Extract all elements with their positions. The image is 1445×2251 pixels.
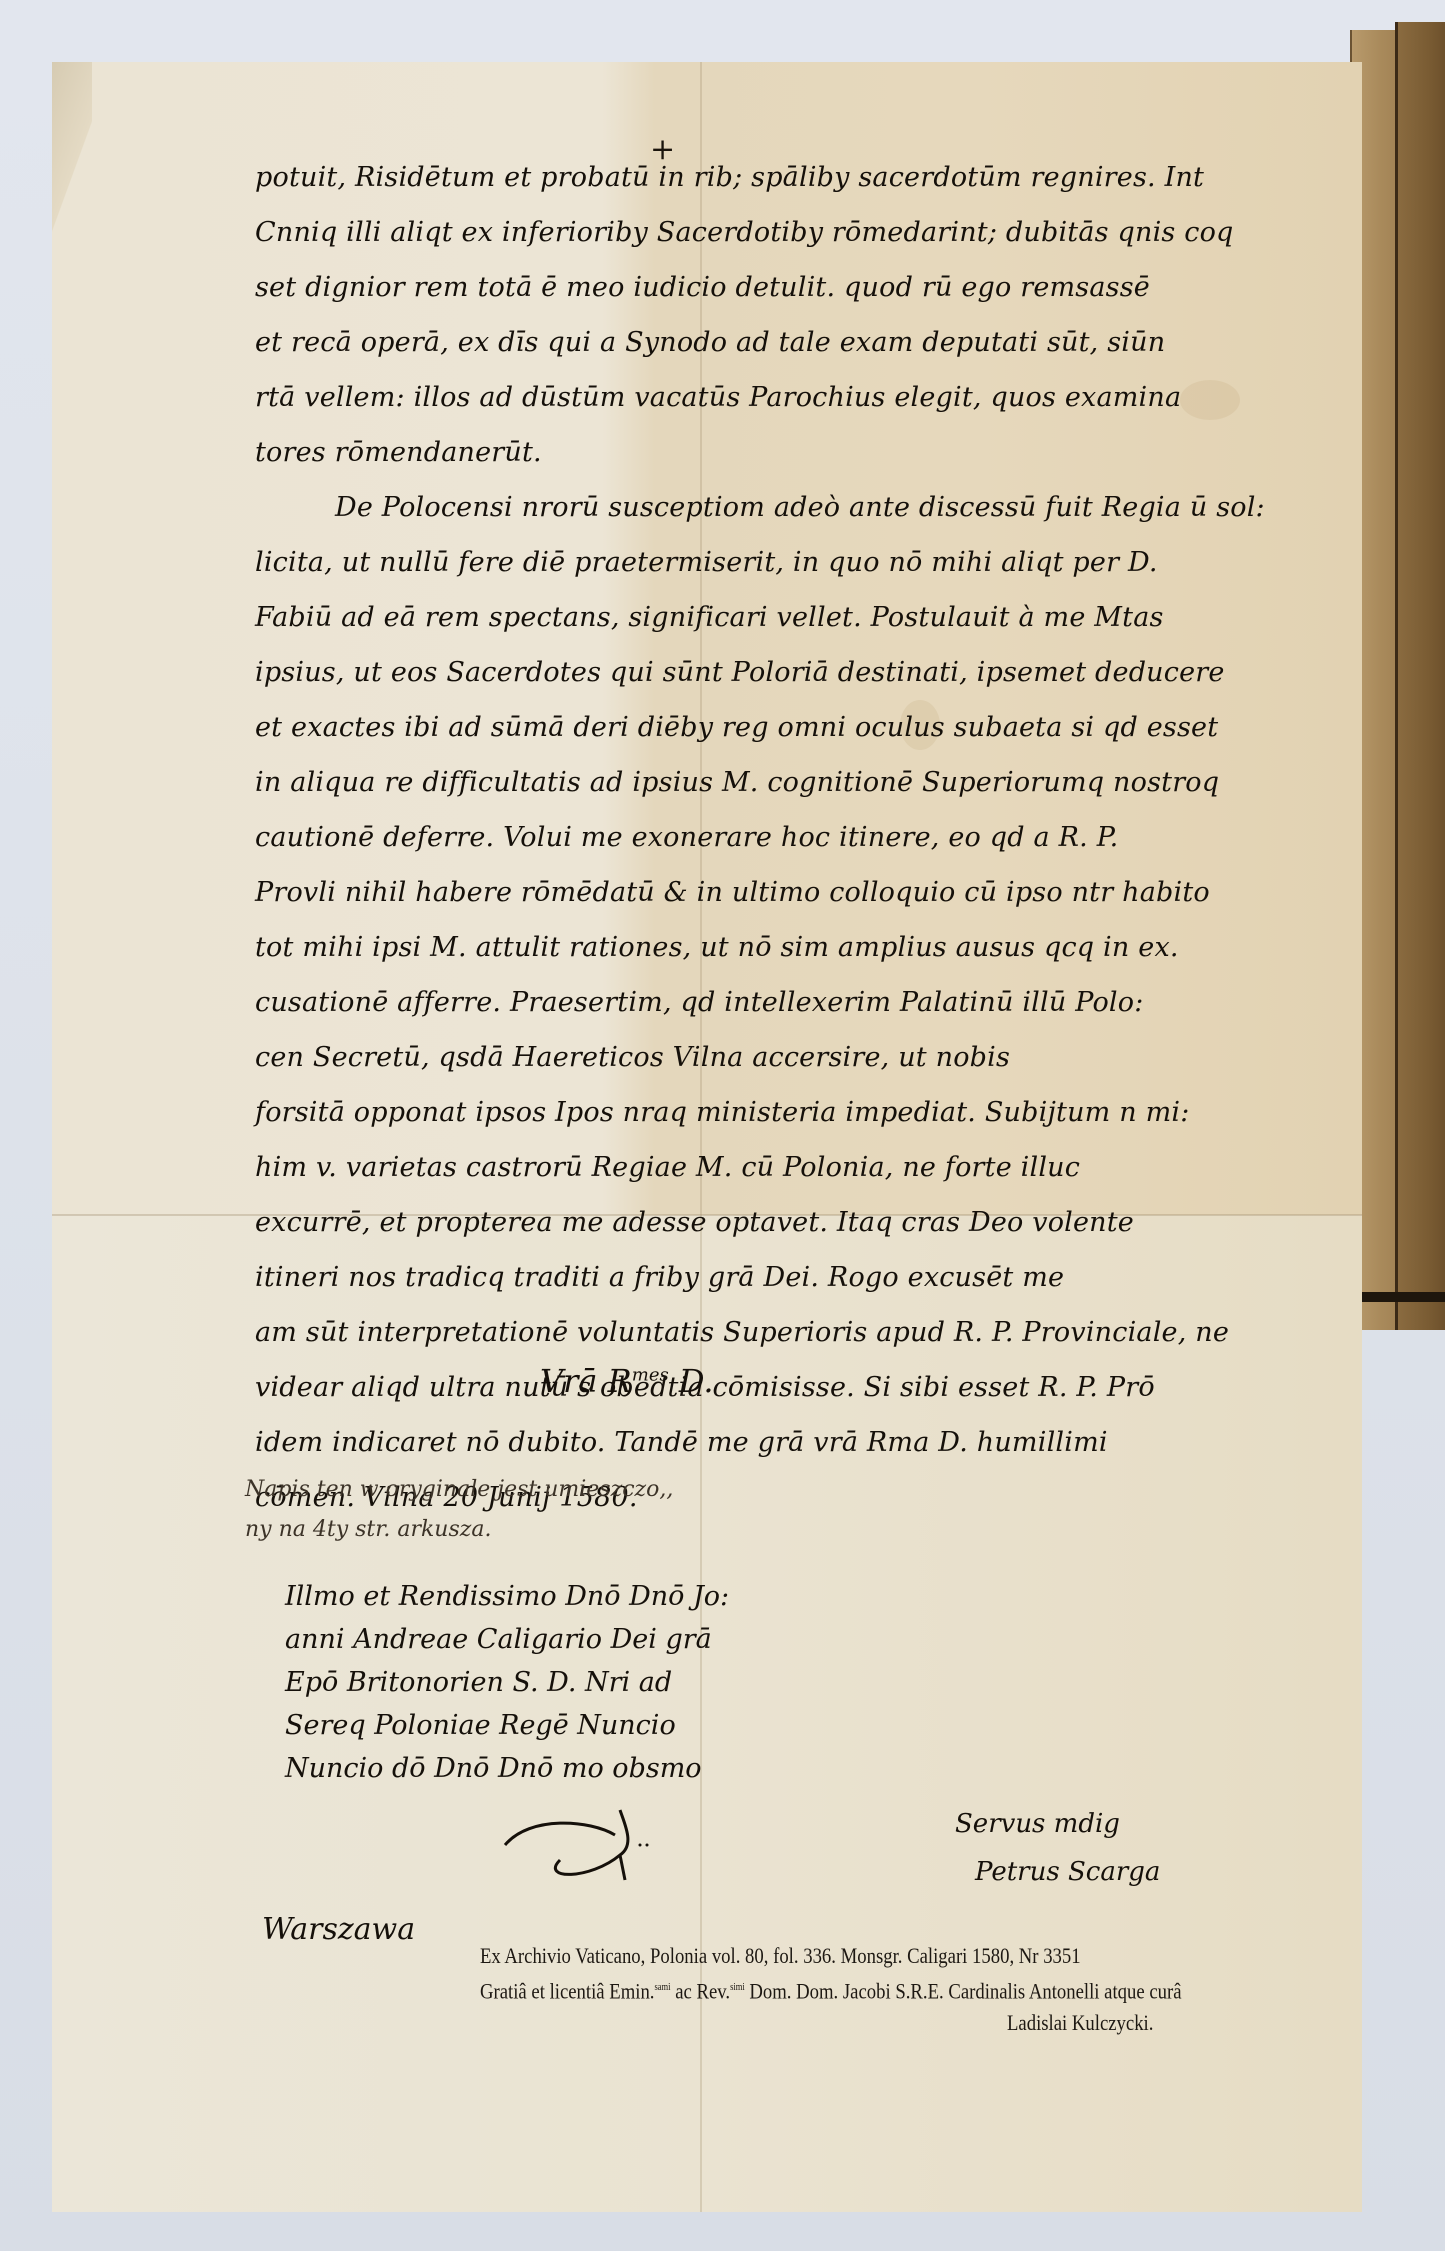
archive-citation-line: Gratiâ et licentiâ Emin.sami ac Rev.simi…	[480, 1972, 1182, 2007]
letter-body: potuit, Risidētum et probatū in rib; spā…	[255, 150, 1295, 1525]
letter-line: idem indicaret nō dubito. Tandē me grā v…	[255, 1415, 1295, 1470]
letter-line: forsitā opponat ipsos Ipos nraq minister…	[255, 1085, 1295, 1140]
archive-superscript: sami	[654, 1982, 670, 1993]
signature-name: Petrus Scarga	[955, 1848, 1160, 1896]
signature-line: Servus mdig	[955, 1800, 1160, 1848]
flourish-icon	[500, 1805, 680, 1885]
archive-citation: Ex Archivio Vaticano, Polonia vol. 80, f…	[480, 1940, 1182, 2039]
letter-line: potuit, Risidētum et probatū in rib; spā…	[255, 150, 1295, 205]
valediction-text: Vrā R	[540, 1362, 632, 1400]
letter-line: licita, ut nullū fere diē praetermiserit…	[255, 535, 1295, 590]
book-spine	[1395, 22, 1445, 1330]
editor-note-line: ny na 4ty str. arkusza.	[245, 1510, 673, 1550]
editor-note-line: Napis ten w oryginale jest umieszczo,,	[245, 1470, 673, 1510]
place-of-writing: Warszawa	[262, 1912, 415, 1947]
archive-citation-line: Ladislai Kulczycki.	[480, 2007, 1182, 2039]
address-block: Illmo et Rendissimo Dnō Dnō Jo: anni And…	[285, 1575, 729, 1790]
letter-line: ipsius, ut eos Sacerdotes qui sūnt Polor…	[255, 645, 1295, 700]
letter-line: cusationē afferre. Praesertim, qd intell…	[255, 975, 1295, 1030]
signature-block: Servus mdig Petrus Scarga	[955, 1800, 1160, 1896]
address-line: Illmo et Rendissimo Dnō Dnō Jo:	[285, 1575, 729, 1618]
letter-line: De Polocensi nrorū susceptiom adeò ante …	[255, 480, 1295, 535]
letter-line: am sūt interpretationē voluntatis Superi…	[255, 1305, 1295, 1360]
valediction: Vrā Rmes D.	[540, 1362, 714, 1400]
address-line: anni Andreae Caligario Dei grā	[285, 1618, 729, 1661]
address-line: Epō Britonorien S. D. Nri ad	[285, 1661, 729, 1704]
archive-text: Gratiâ et licentiâ Emin.	[480, 1978, 654, 2003]
valediction-suffix: D.	[679, 1362, 714, 1400]
letter-line: set dignior rem totā ē meo iudicio detul…	[255, 260, 1295, 315]
letter-line: tot mihi ipsi M. attulit rationes, ut nō…	[255, 920, 1295, 975]
address-line: Sereq Poloniae Regē Nuncio	[285, 1704, 729, 1747]
book-edge-shadow	[1350, 1292, 1445, 1302]
archive-superscript: simi	[730, 1982, 745, 1993]
letter-line: tores rōmendanerūt.	[255, 425, 1295, 480]
letter-line: in aliqua re difficultatis ad ipsius M. …	[255, 755, 1295, 810]
letter-line: rtā vellem: illos ad dūstūm vacatūs Paro…	[255, 370, 1295, 425]
letter-line: itineri nos tradicq traditi a friby grā …	[255, 1250, 1295, 1305]
corner-fold	[52, 62, 92, 232]
letter-line: et exactes ibi ad sūmā deri diēby reg om…	[255, 700, 1295, 755]
letter-line: Fabiū ad eā rem spectans, significari ve…	[255, 590, 1295, 645]
letter-line: Cnniq illi aliqt ex inferioriby Sacerdot…	[255, 205, 1295, 260]
valediction-superscript: mes	[632, 1364, 669, 1385]
letter-line: et recā operā, ex dīs qui a Synodo ad ta…	[255, 315, 1295, 370]
archive-text: Dom. Dom. Jacobi S.R.E. Cardinalis Anton…	[745, 1978, 1182, 2003]
letter-line: cen Secretū, qsdā Haereticos Vilna accer…	[255, 1030, 1295, 1085]
letter-line: videar aliqd ultra nutū s obedtia cōmisi…	[255, 1360, 1295, 1415]
archive-citation-line: Ex Archivio Vaticano, Polonia vol. 80, f…	[480, 1940, 1182, 1972]
letter-line: excurrē, et propterea me adesse optavet.…	[255, 1195, 1295, 1250]
address-line: Nuncio dō Dnō Dnō mo obsmo	[285, 1747, 729, 1790]
editor-note: Napis ten w oryginale jest umieszczo,, n…	[245, 1470, 673, 1550]
letter-line: Provli nihil habere rōmēdatū & in ultimo…	[255, 865, 1295, 920]
archive-text: ac Rev.	[671, 1978, 731, 2003]
letter-line: cautionē deferre. Volui me exonerare hoc…	[255, 810, 1295, 865]
letter-line: him v. varietas castrorū Regiae M. cū Po…	[255, 1140, 1295, 1195]
